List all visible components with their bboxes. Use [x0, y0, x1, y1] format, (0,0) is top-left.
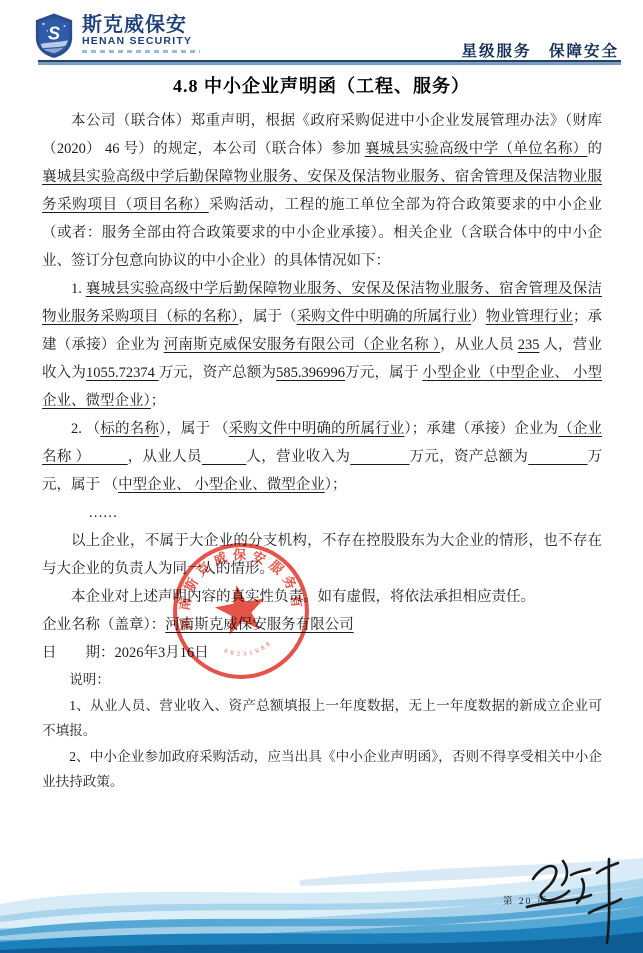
text-segment: 企业名称（盖章）：	[42, 617, 165, 633]
text-segment: ……	[88, 505, 117, 521]
underlined-text-segment: 235	[518, 337, 540, 353]
company-logo: S 斯克威保安 HENAN SECURITY	[33, 12, 200, 59]
paragraph: 2、中小企业参加政府采购活动，应当出具《中小企业声明函》，否则不得享受相关中小企…	[42, 744, 602, 795]
text-segment: 人，营业收入为	[246, 449, 350, 465]
underlined-text-segment: 标的名称	[100, 421, 159, 437]
logo-name-cn: 斯克威保安	[82, 15, 200, 35]
underlined-text-segment: 物业管理行业	[486, 309, 573, 325]
underlined-text-segment	[350, 449, 409, 465]
text-segment: 日 期：2026年3月16日	[42, 645, 209, 661]
underlined-text-segment: 中型企业、 小型企业、微型企业	[118, 477, 325, 493]
text-segment: 2、中小企业参加政府采购活动，应当出具《中小企业声明函》，否则不得享受相关中小企…	[42, 749, 602, 790]
text-segment: 以上企业，不属于大企业的分支机构，不存在控股股东为大企业的情形，也不存在与大企业…	[42, 533, 602, 577]
underlined-text-segment	[202, 449, 247, 465]
text-segment: 2. （	[71, 421, 100, 437]
underlined-text-segment: 采购文件中明确的所属行业	[229, 421, 405, 437]
text-segment: ；	[151, 393, 166, 409]
underlined-text-segment: 襄城县实验高级中学（单位名称）	[365, 141, 588, 157]
underlined-text-segment: 1055.72374	[86, 365, 159, 381]
paragraph: 日 期：2026年3月16日	[42, 639, 602, 667]
document-page: S 斯克威保安 HENAN SECURITY 星级服务 保障安全 4.8 中小企…	[0, 0, 643, 953]
underlined-text-segment	[528, 449, 587, 465]
underlined-text-segment: 河南斯克威保安服务有限公司（企业名称 ）	[164, 337, 441, 353]
paragraph: 1、从业人员、营业收入、资产总额填报上一年度数据，无上一年度数据的新成立企业可不…	[42, 693, 602, 744]
paragraph: 以上企业，不属于大企业的分支机构，不存在控股股东为大企业的情形，也不存在与大企业…	[42, 527, 602, 583]
paragraph: 本企业对上述声明内容的真实性负责。如有虚假，将依法承担相应责任。	[42, 583, 602, 611]
text-segment: 万元，属于	[345, 365, 422, 381]
paragraph: 1. 襄城县实验高级中学后勤保障物业服务、安保及保洁物业服务、宿舍管理及保洁物业…	[42, 275, 602, 415]
text-segment: 的	[588, 141, 603, 157]
paragraph: 企业名称（盖章）：河南斯克威保安服务有限公司	[42, 611, 602, 639]
text-segment: 万元，资产总额为	[159, 365, 276, 381]
text-segment: ）	[471, 309, 486, 325]
document-body: 本公司（联合体）郑重声明，根据《政府采购促进中小企业发展管理办法》（财库（202…	[42, 107, 602, 795]
paragraph: ……	[42, 499, 602, 527]
logo-tagline-dots	[82, 50, 200, 53]
signature-handwriting	[519, 853, 631, 951]
underlined-text-segment: 采购文件中明确的所属行业	[297, 309, 472, 325]
text-segment: ，从业人员	[128, 449, 202, 465]
text-segment: 1.	[71, 281, 86, 297]
text-segment: 万元，资产总额为	[410, 449, 529, 465]
underlined-text-segment: 河南斯克威保安服务有限公司	[165, 617, 354, 633]
text-segment: ，属于（	[238, 309, 296, 325]
text-segment: 1、从业人员、营业收入、资产总额填报上一年度数据，无上一年度数据的新成立企业可不…	[42, 698, 602, 739]
paragraph: 2. （标的名称），属于 （采购文件中明确的所属行业）；承建（承接）企业为（企业…	[42, 415, 602, 499]
text-segment: ）；	[325, 477, 347, 493]
page-title: 4.8 中小企业声明函（工程、服务）	[0, 72, 643, 98]
underlined-text-segment: 585.396996	[276, 365, 345, 381]
paragraph: 说明：	[42, 667, 602, 693]
header-divider	[38, 60, 621, 65]
svg-text:S: S	[48, 23, 60, 43]
text-segment: ）；承建（承接）企业为	[404, 421, 558, 437]
paragraph: 本公司（联合体）郑重声明，根据《政府采购促进中小企业发展管理办法》（财库（202…	[42, 107, 602, 275]
text-segment: 本企业对上述声明内容的真实性负责。如有虚假，将依法承担相应责任。	[71, 589, 535, 605]
text-segment: ），属于 （	[159, 421, 229, 437]
text-segment: ，从业人员	[440, 337, 518, 353]
shield-logo-icon: S	[33, 12, 75, 59]
logo-name-en: HENAN SECURITY	[82, 35, 200, 48]
logo-text: 斯克威保安 HENAN SECURITY	[82, 12, 200, 53]
header-slogan: 星级服务 保障安全	[461, 39, 619, 61]
text-segment: 说明：	[69, 672, 110, 687]
